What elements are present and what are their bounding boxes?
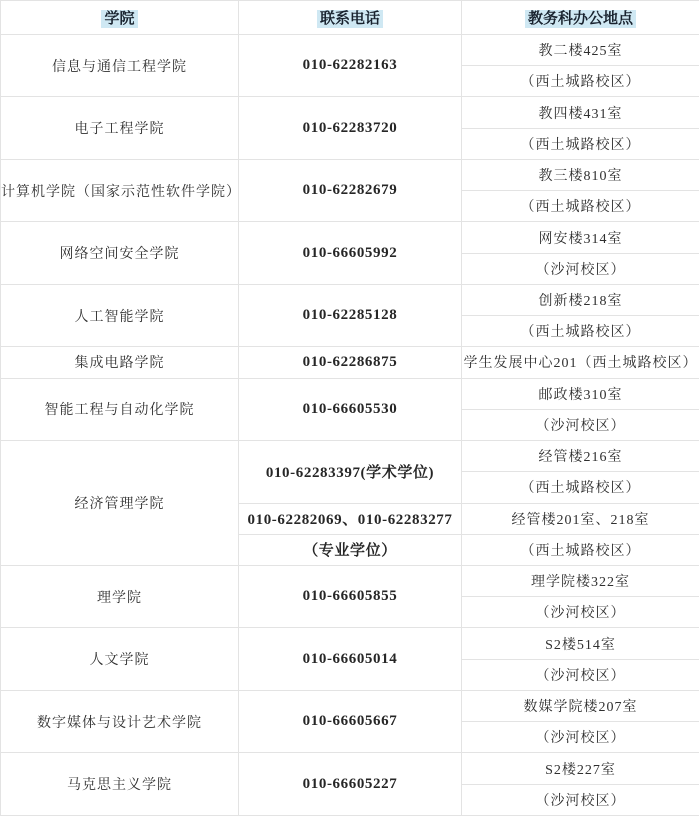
college-cell: 理学院 [1, 565, 239, 627]
phone-cell: 010-62282163 [239, 35, 462, 97]
header-phone: 联系电话 [239, 1, 462, 35]
phone-cell: 010-62282069、010-62283277 [239, 503, 462, 534]
office-location-cell: （西土城路校区） [462, 128, 699, 159]
office-location-cell: 经管楼201室、218室 [462, 503, 699, 534]
office-location-cell: （西土城路校区） [462, 66, 699, 97]
table-row: 网络空间安全学院010-66605992网安楼314室 [1, 222, 699, 253]
header-office-location-label: 教务科办公地点 [525, 10, 636, 28]
office-location-cell: 学生发展中心201（西土城路校区） [462, 347, 699, 378]
office-location-cell: （西土城路校区） [462, 191, 699, 222]
table-row: 人工智能学院010-62285128创新楼218室 [1, 284, 699, 315]
college-cell: 马克思主义学院 [1, 753, 239, 816]
phone-cell: （专业学位） [239, 534, 462, 565]
office-location-cell: 数媒学院楼207室 [462, 690, 699, 721]
office-location-cell: 理学院楼322室 [462, 565, 699, 596]
college-cell: 集成电路学院 [1, 347, 239, 378]
college-cell: 计算机学院（国家示范性软件学院） [1, 159, 239, 221]
header-college: 学院 [1, 1, 239, 35]
office-location-cell: （沙河校区） [462, 253, 699, 284]
table-row: 马克思主义学院010-66605227S2楼227室 [1, 753, 699, 784]
office-location-cell: S2楼514室 [462, 628, 699, 659]
table-row: 计算机学院（国家示范性软件学院）010-62282679教三楼810室 [1, 159, 699, 190]
phone-cell: 010-66605227 [239, 753, 462, 816]
phone-cell: 010-62283397(学术学位) [239, 441, 462, 503]
phone-cell: 010-66605992 [239, 222, 462, 284]
office-location-cell: （沙河校区） [462, 722, 699, 753]
college-cell: 信息与通信工程学院 [1, 35, 239, 97]
office-location-cell: （沙河校区） [462, 659, 699, 690]
office-location-cell: S2楼227室 [462, 753, 699, 784]
office-location-cell: （沙河校区） [462, 784, 699, 815]
phone-cell: 010-62283720 [239, 97, 462, 159]
table-row: 集成电路学院010-62286875学生发展中心201（西土城路校区） [1, 347, 699, 378]
college-cell: 人文学院 [1, 628, 239, 690]
table-row: 信息与通信工程学院010-62282163教二楼425室 [1, 35, 699, 66]
college-cell: 数字媒体与设计艺术学院 [1, 690, 239, 752]
table-row: 智能工程与自动化学院010-66605530邮政楼310室 [1, 378, 699, 409]
office-location-cell: 教二楼425室 [462, 35, 699, 66]
college-cell: 人工智能学院 [1, 284, 239, 346]
table-row: 经济管理学院010-62283397(学术学位)经管楼216室 [1, 441, 699, 472]
college-cell: 电子工程学院 [1, 97, 239, 159]
phone-cell: 010-66605855 [239, 565, 462, 627]
table-header: 学院 联系电话 教务科办公地点 [1, 1, 699, 35]
phone-cell: 010-66605667 [239, 690, 462, 752]
office-location-cell: （沙河校区） [462, 597, 699, 628]
office-location-cell: （西土城路校区） [462, 472, 699, 503]
phone-cell: 010-66605014 [239, 628, 462, 690]
college-cell: 智能工程与自动化学院 [1, 378, 239, 440]
header-college-label: 学院 [101, 10, 137, 28]
office-location-cell: 教三楼810室 [462, 159, 699, 190]
phone-cell: 010-62285128 [239, 284, 462, 346]
college-contact-table: 学院 联系电话 教务科办公地点 信息与通信工程学院010-62282163教二楼… [0, 0, 699, 816]
office-location-cell: 经管楼216室 [462, 441, 699, 472]
table-row: 数字媒体与设计艺术学院010-66605667数媒学院楼207室 [1, 690, 699, 721]
college-cell: 经济管理学院 [1, 441, 239, 566]
office-location-cell: 邮政楼310室 [462, 378, 699, 409]
header-office-location: 教务科办公地点 [462, 1, 699, 35]
office-location-cell: 教四楼431室 [462, 97, 699, 128]
table-row: 人文学院010-66605014S2楼514室 [1, 628, 699, 659]
phone-cell: 010-62286875 [239, 347, 462, 378]
office-location-cell: 网安楼314室 [462, 222, 699, 253]
office-location-cell: （西土城路校区） [462, 316, 699, 347]
college-cell: 网络空间安全学院 [1, 222, 239, 284]
office-location-cell: 创新楼218室 [462, 284, 699, 315]
table-row: 理学院010-66605855理学院楼322室 [1, 565, 699, 596]
office-location-cell: （沙河校区） [462, 409, 699, 440]
header-row: 学院 联系电话 教务科办公地点 [1, 1, 699, 35]
office-location-cell: （西土城路校区） [462, 534, 699, 565]
table-row: 电子工程学院010-62283720教四楼431室 [1, 97, 699, 128]
phone-cell: 010-66605530 [239, 378, 462, 440]
phone-cell: 010-62282679 [239, 159, 462, 221]
table-body: 信息与通信工程学院010-62282163教二楼425室（西土城路校区）电子工程… [1, 35, 699, 816]
header-phone-label: 联系电话 [317, 10, 383, 28]
